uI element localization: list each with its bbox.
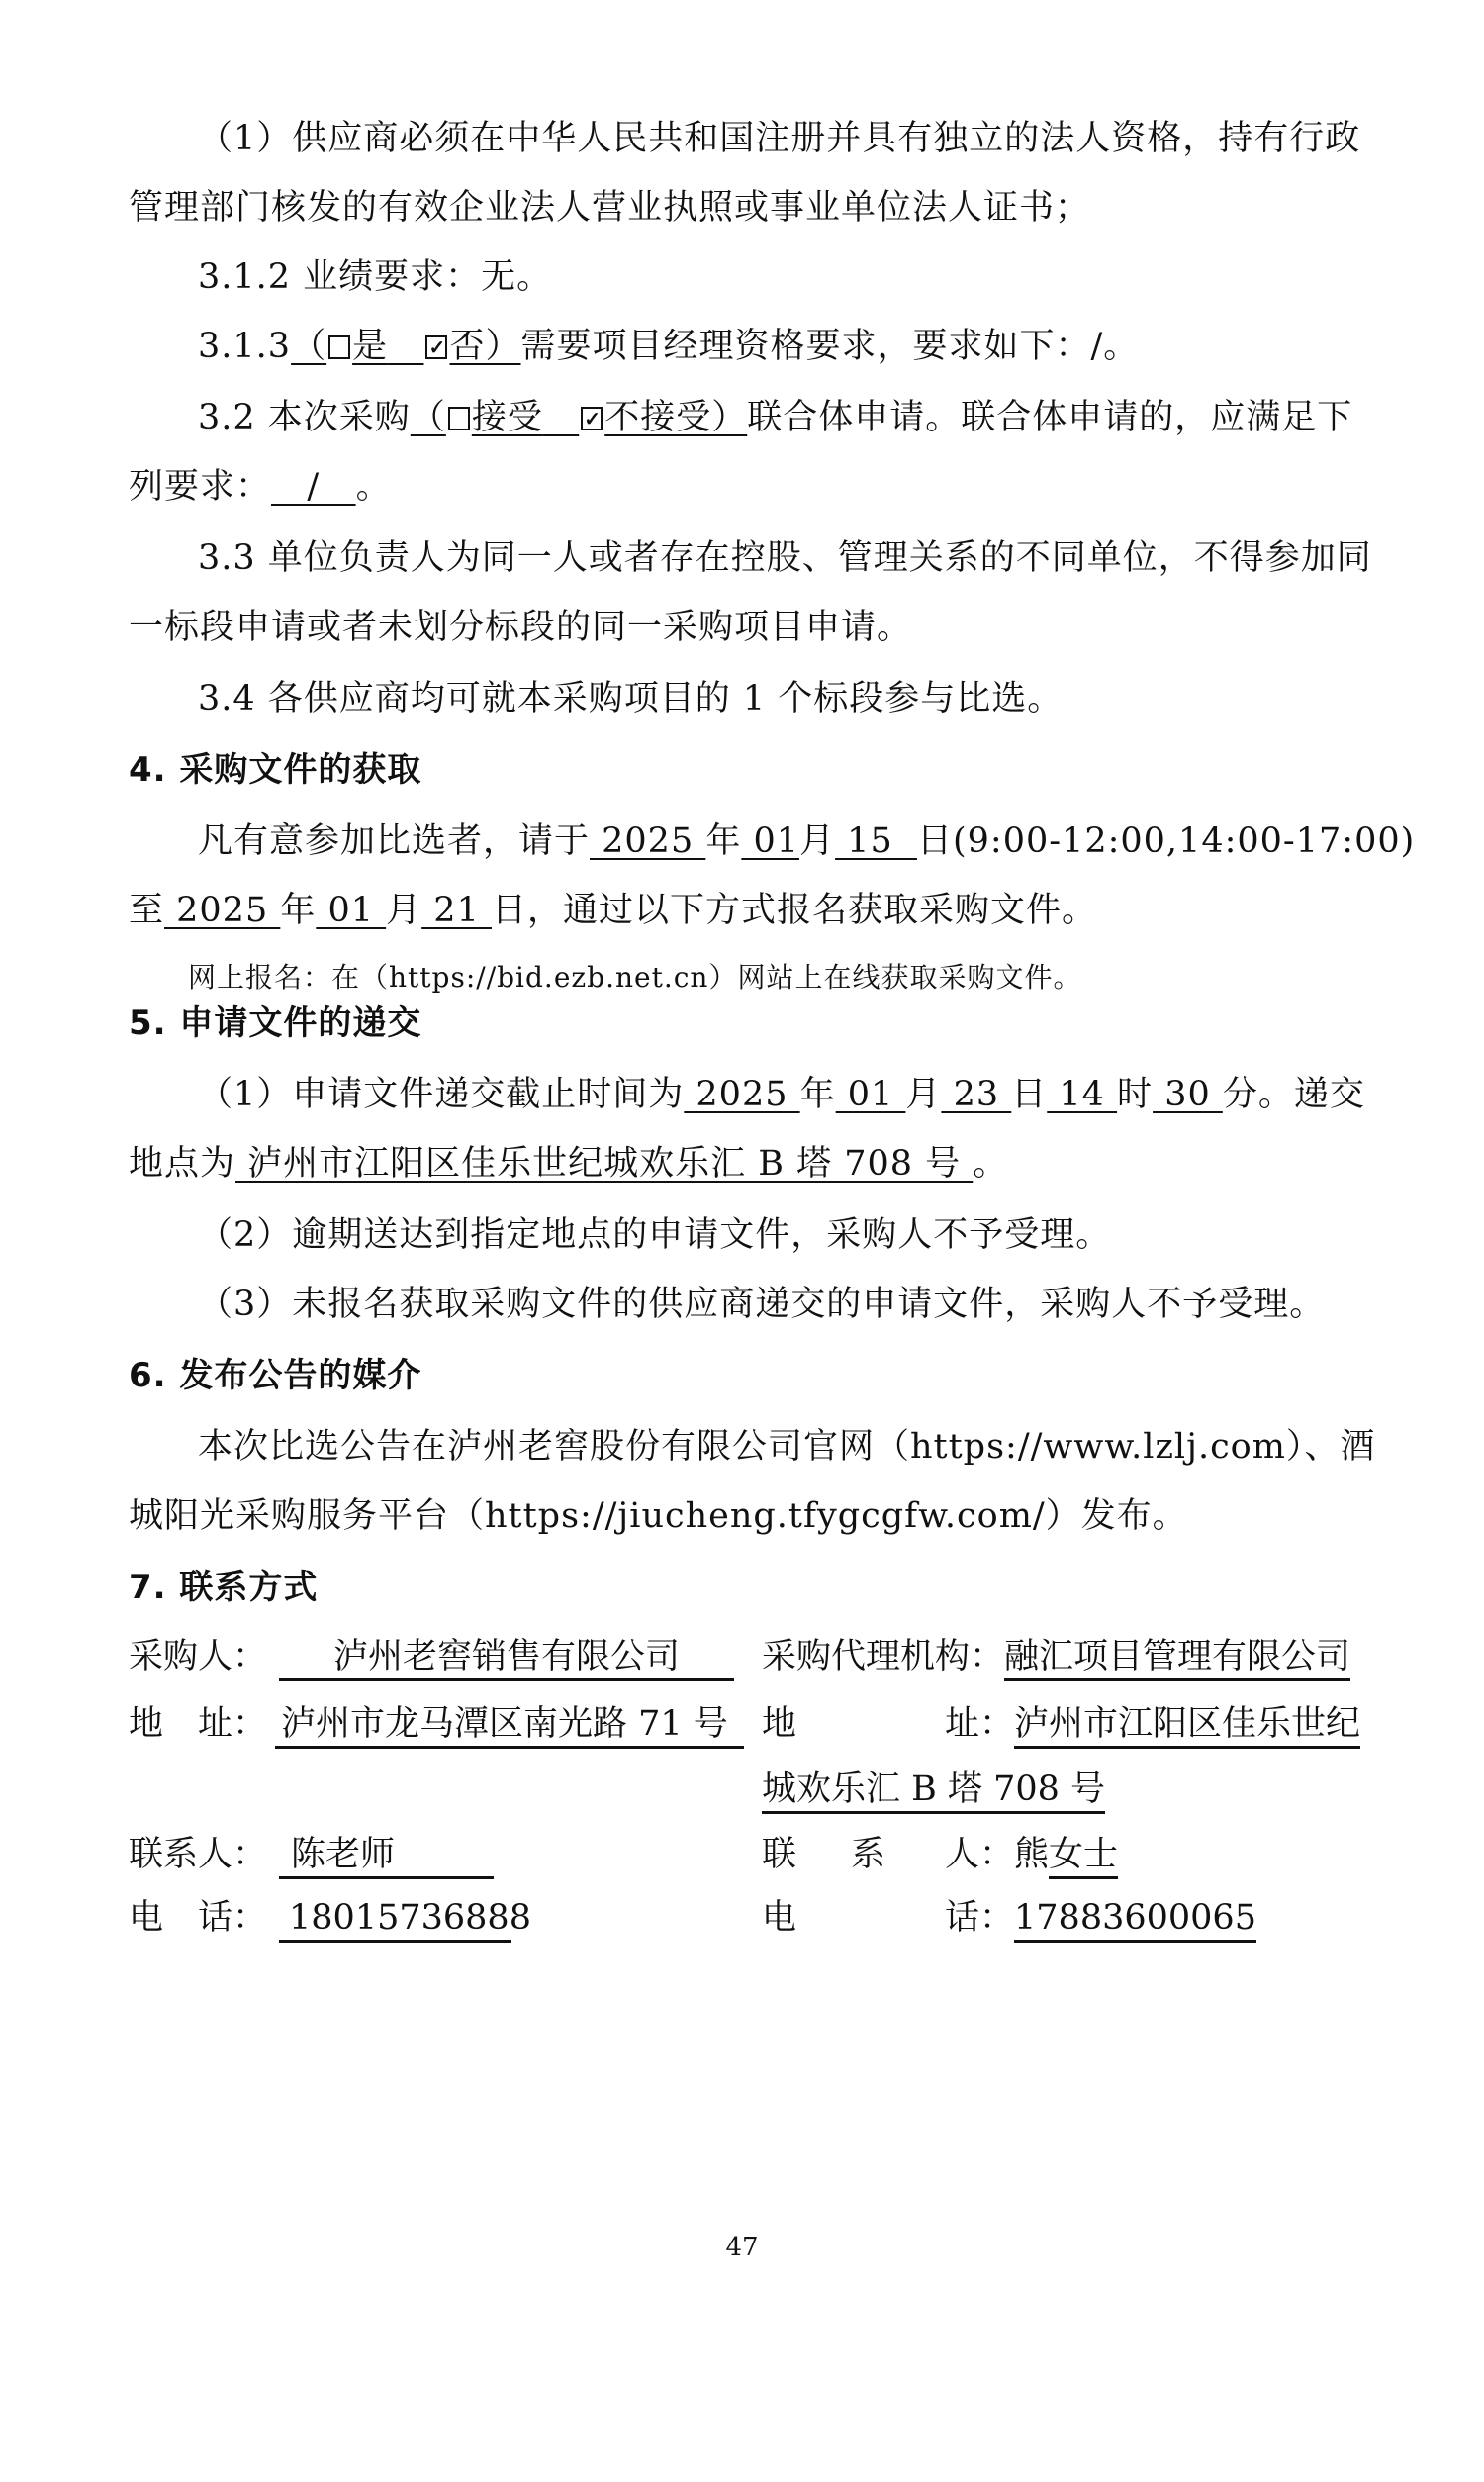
agency-contact-surname: 熊 bbox=[1014, 1835, 1049, 1874]
sec5-location-suffix: 。 bbox=[973, 1144, 1008, 1184]
sec3-item313: 3.1.3（是 否）需要项目经理资格要求，要求如下：/。 bbox=[198, 325, 1365, 368]
item32-requirements-value: / bbox=[271, 467, 356, 507]
agency-phone-label-right: 话： bbox=[945, 1896, 1014, 1940]
sec4-line2-prefix: 至 bbox=[129, 891, 164, 930]
minute-label: 分 bbox=[1223, 1075, 1258, 1114]
sec5-item1-line2: 地点为 泸州市江阳区佳乐世纪城欢乐汇 B 塔 708 号 。 bbox=[129, 1142, 1365, 1186]
sec4-line2: 至 2025 年 01 月 21 日，通过以下方式报名获取采购文件。 bbox=[129, 889, 1365, 932]
agency-contact-label-3: 人： bbox=[945, 1833, 1014, 1876]
sec3-item1-line1: （1）供应商必须在中华人民共和国注册并具有独立的法人资格，持有行政 bbox=[198, 117, 1365, 160]
agency-address-row: 地址：泸州市江阳区佳乐世纪 bbox=[762, 1702, 1360, 1749]
end-day-value: 21 bbox=[421, 891, 492, 930]
agency-address-line2: 城欢乐汇 B 塔 708 号 bbox=[762, 1769, 1105, 1814]
sec5-item1-prefix: （1）申请文件递交截止时间为 bbox=[198, 1075, 684, 1114]
year-label: 年 bbox=[280, 891, 316, 930]
item32-open-paren: （ bbox=[411, 398, 446, 437]
agency-phone-value: 17883600065 bbox=[1014, 1898, 1256, 1943]
item313-opt-no-label: 否） bbox=[449, 327, 520, 366]
year-label: 年 bbox=[705, 821, 741, 861]
sec5-location-prefix: 地点为 bbox=[129, 1144, 235, 1184]
sec6-heading: 6. 发布公告的媒介 bbox=[129, 1354, 1365, 1397]
item32-line2-suffix: 。 bbox=[356, 467, 392, 507]
start-month-value: 01 bbox=[741, 821, 799, 861]
day-label: 日 bbox=[917, 821, 953, 861]
sec5-heading: 5. 申请文件的递交 bbox=[129, 1002, 1365, 1045]
sec4-line1-prefix: 凡有意参加比选者，请于 bbox=[198, 821, 590, 861]
year-label: 年 bbox=[800, 1075, 836, 1114]
agency-contact-label-1: 联 bbox=[762, 1833, 851, 1876]
sec6-line1: 本次比选公告在泸州老窖股份有限公司官网（https://www.lzlj.com… bbox=[198, 1425, 1365, 1469]
item32-suffix: 联合体申请。联合体申请的，应满足下 bbox=[747, 398, 1352, 437]
agency-row: 采购代理机构：融汇项目管理有限公司 bbox=[762, 1635, 1350, 1681]
sec6-line2: 城阳光采购服务平台（https://jiucheng.tfygcgfw.com/… bbox=[129, 1494, 1365, 1538]
item32-opt-accept-label: 接受 bbox=[472, 398, 543, 437]
end-month-value: 01 bbox=[316, 891, 386, 930]
item32-line2-prefix: 列要求： bbox=[129, 467, 271, 507]
item313-open-paren: （ bbox=[291, 327, 326, 366]
item313-suffix: 需要项目经理资格要求，要求如下：/。 bbox=[521, 327, 1140, 366]
item32-options: （接受 不接受） bbox=[411, 398, 747, 437]
sec5-item1-line1: （1）申请文件递交截止时间为 2025 年 01 月 23 日 14 时 30 … bbox=[198, 1073, 1365, 1116]
document-page: （1）供应商必须在中华人民共和国注册并具有独立的法人资格，持有行政 管理部门核发… bbox=[0, 0, 1484, 2482]
business-hours: (9:00-12:00,14:00-17:00) bbox=[953, 821, 1415, 861]
purchaser-contact-label: 联系人： bbox=[129, 1833, 267, 1876]
agency-contact-row: 联系人：熊女士 bbox=[762, 1833, 1118, 1879]
checkbox-reject-checked-icon[interactable] bbox=[581, 407, 603, 430]
sec3-item32-line1: 3.2 本次采购（接受 不接受）联合体申请。联合体申请的，应满足下 bbox=[198, 396, 1365, 439]
item313-prefix: 3.1.3 bbox=[198, 327, 291, 366]
sec4-heading: 4. 采购文件的获取 bbox=[129, 748, 1365, 792]
deadline-hour-value: 14 bbox=[1047, 1075, 1117, 1114]
sec3-item312: 3.1.2 业绩要求：无。 bbox=[198, 255, 1365, 299]
sec3-item1-line2: 管理部门核发的有效企业法人营业执照或事业单位法人证书； bbox=[129, 186, 1365, 230]
sec4-line2-suffix: 日，通过以下方式报名获取采购文件。 bbox=[492, 891, 1097, 930]
agency-label: 采购代理机构： bbox=[762, 1635, 1004, 1678]
sec3-item33-line2: 一标段申请或者未划分标段的同一采购项目申请。 bbox=[129, 606, 1365, 649]
sec3-item32-line2: 列要求： / 。 bbox=[129, 465, 1365, 509]
agency-address-line1: 泸州市江阳区佳乐世纪 bbox=[1014, 1704, 1360, 1749]
checkbox-no-checked-icon[interactable] bbox=[425, 335, 447, 359]
checkbox-yes-icon[interactable] bbox=[328, 335, 350, 359]
deadline-month-value: 01 bbox=[836, 1075, 906, 1114]
agency-contact-title: 女士 bbox=[1049, 1835, 1118, 1879]
deadline-minute-value: 30 bbox=[1153, 1075, 1223, 1114]
agency-contact-label-2: 系 bbox=[851, 1833, 945, 1876]
purchaser-row: 采购人：泸州老窖销售有限公司 bbox=[129, 1635, 734, 1681]
item32-opt-reject-label: 不接受） bbox=[604, 398, 747, 437]
agency-address-row2: 城欢乐汇 B 塔 708 号 bbox=[762, 1767, 1105, 1814]
item313-opt-yes-label: 是 bbox=[352, 327, 388, 366]
sec4-online-note: 网上报名：在（https://bid.ezb.net.cn）网站上在线获取采购文… bbox=[188, 956, 1425, 1000]
sec3-item33-line1: 3.3 单位负责人为同一人或者存在控股、管理关系的不同单位，不得参加同 bbox=[198, 536, 1365, 580]
sec5-item1-suffix: 。递交 bbox=[1258, 1075, 1365, 1114]
hour-label: 时 bbox=[1117, 1075, 1153, 1114]
purchaser-contact-row: 联系人：陈老师 bbox=[129, 1833, 494, 1879]
agency-address-label-left: 地 bbox=[762, 1702, 945, 1746]
item32-prefix: 3.2 本次采购 bbox=[198, 398, 411, 437]
purchaser-address-row: 地 址：泸州市龙马潭区南光路 71 号 bbox=[129, 1702, 744, 1749]
sec5-item2: （2）逾期送达到指定地点的申请文件，采购人不予受理。 bbox=[198, 1213, 1365, 1257]
start-day-value: 15 bbox=[835, 821, 917, 861]
purchaser-phone-row: 电 话：18015736888 bbox=[129, 1896, 511, 1943]
sec3-item34: 3.4 各供应商均可就本采购项目的 1 个标段参与比选。 bbox=[198, 677, 1365, 720]
sec7-heading: 7. 联系方式 bbox=[129, 1566, 1365, 1609]
purchaser-phone-label: 电 话： bbox=[129, 1896, 267, 1940]
agency-phone-row: 电话：17883600065 bbox=[762, 1896, 1256, 1943]
checkbox-accept-icon[interactable] bbox=[448, 407, 470, 430]
agency-phone-label-left: 电 bbox=[762, 1896, 945, 1940]
agency-value: 融汇项目管理有限公司 bbox=[1004, 1637, 1350, 1681]
purchaser-label: 采购人： bbox=[129, 1635, 267, 1678]
item313-options: （是 否） bbox=[291, 327, 520, 366]
sec5-item3: （3）未报名获取采购文件的供应商递交的申请文件，采购人不予受理。 bbox=[198, 1283, 1365, 1326]
purchaser-address-value: 泸州市龙马潭区南光路 71 号 bbox=[275, 1704, 744, 1749]
purchaser-address-label: 地 址： bbox=[129, 1702, 267, 1746]
month-label: 月 bbox=[386, 891, 421, 930]
page-number: 47 bbox=[0, 2233, 1484, 2262]
month-label: 月 bbox=[799, 821, 835, 861]
purchaser-phone-value: 18015736888 bbox=[279, 1898, 511, 1943]
purchaser-value: 泸州老窖销售有限公司 bbox=[279, 1637, 734, 1681]
sec4-line1: 凡有意参加比选者，请于 2025 年 01月 15 日(9:00-12:00,1… bbox=[198, 819, 1365, 863]
agency-address-label-right: 址： bbox=[945, 1702, 1014, 1746]
deadline-day-value: 23 bbox=[941, 1075, 1011, 1114]
month-label: 月 bbox=[905, 1075, 941, 1114]
day-label: 日 bbox=[1011, 1075, 1047, 1114]
end-year-value: 2025 bbox=[164, 891, 280, 930]
submission-location-value: 泸州市江阳区佳乐世纪城欢乐汇 B 塔 708 号 bbox=[235, 1144, 973, 1184]
purchaser-contact-value: 陈老师 bbox=[279, 1835, 494, 1879]
deadline-year-value: 2025 bbox=[684, 1075, 799, 1114]
start-year-value: 2025 bbox=[590, 821, 705, 861]
